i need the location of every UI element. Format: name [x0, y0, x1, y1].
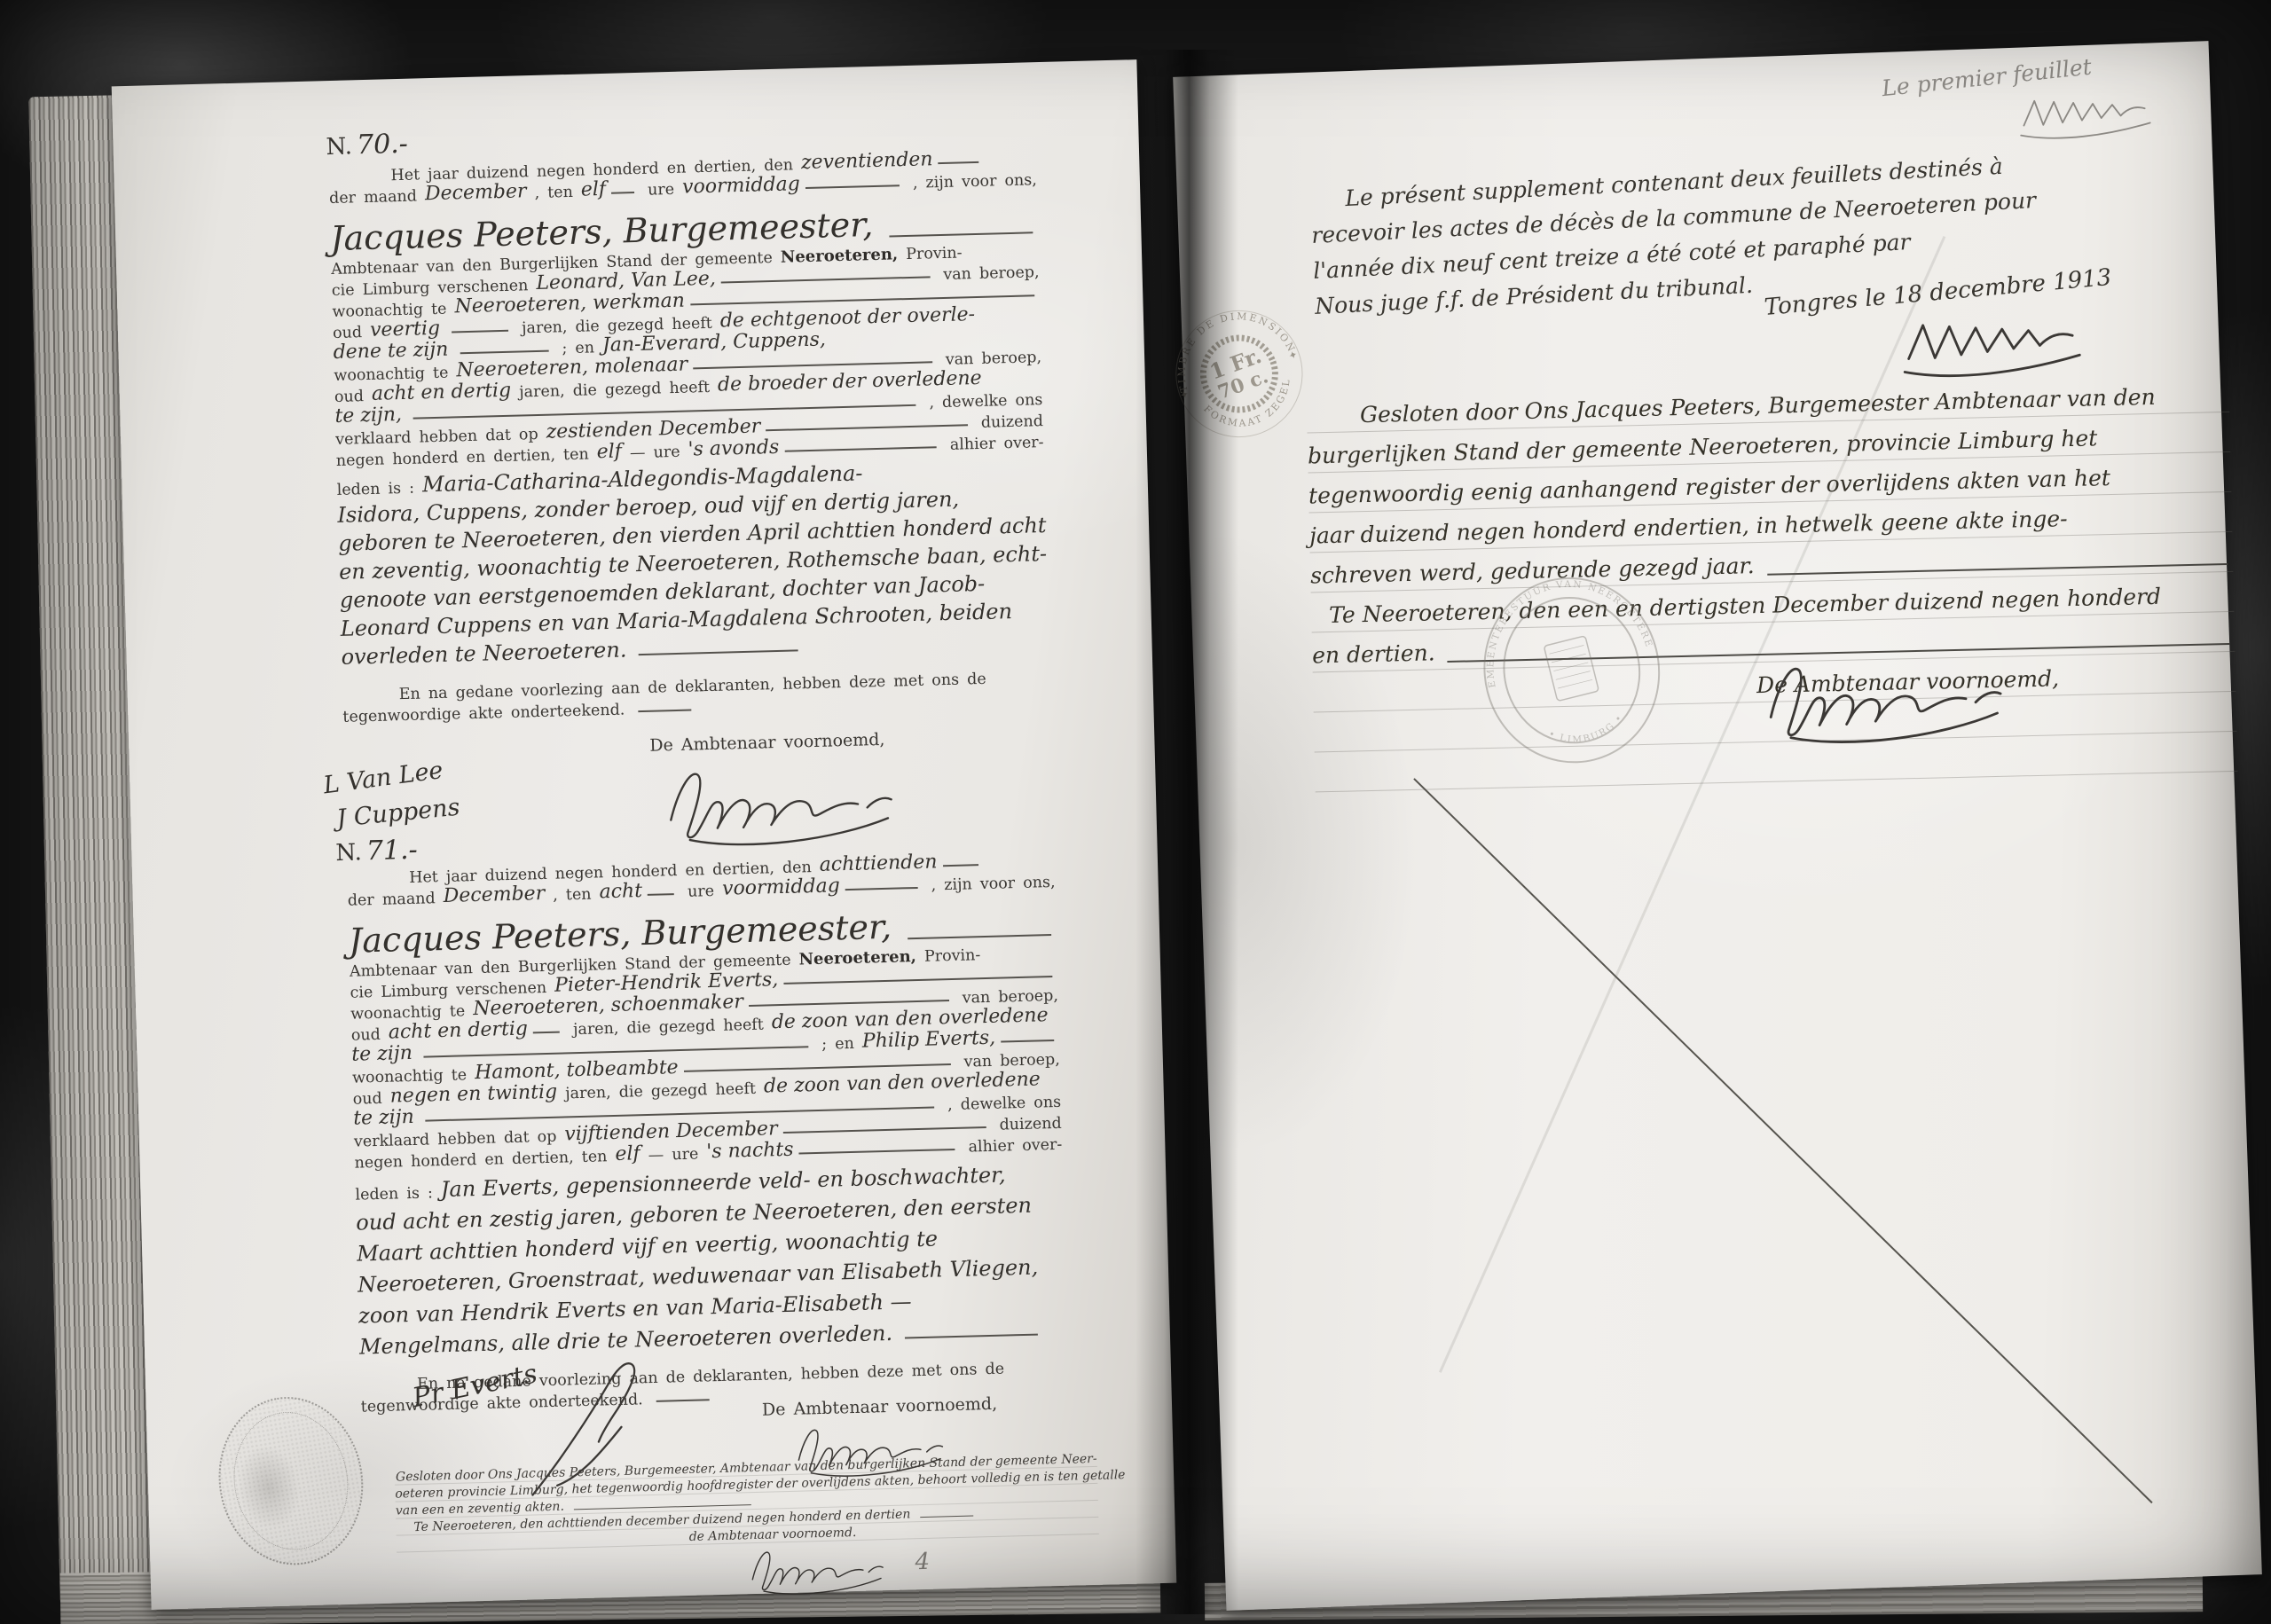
- svg-text:• LIMBURG •: • LIMBURG •: [1544, 710, 1629, 753]
- text-segment: Provin-: [916, 946, 981, 966]
- text-segment: elf: [596, 441, 622, 464]
- text-segment: December: [425, 180, 527, 205]
- pencil-folio-mark: 4: [915, 1549, 930, 1575]
- text-segment: Philip Everts,: [862, 1027, 996, 1053]
- fill-rule: [905, 1334, 1038, 1339]
- text-segment: , zijn voor ons,: [923, 874, 1055, 895]
- registry-book-photo: N. 70.- Het jaar duizend negen honderd e…: [0, 0, 2271, 1624]
- embossed-dry-stamp: [206, 1386, 375, 1576]
- text-segment: , ten: [545, 885, 600, 905]
- text-segment: tegenwoordige akte onderteekend.: [342, 701, 633, 726]
- text-segment: van beroep,: [935, 263, 1040, 284]
- fill-rule: [638, 710, 691, 713]
- closing-statement-left: Gesloten door Ons Jacques Peeters, Burge…: [395, 1450, 1099, 1553]
- text-segment: , zijn voor ons,: [905, 171, 1037, 192]
- text-segment: alhier over-: [942, 434, 1044, 454]
- signature-stroke: [867, 798, 891, 808]
- act-number-value: 71.-: [365, 835, 418, 867]
- text-segment: elf: [581, 178, 607, 201]
- text-segment: oud: [351, 1026, 389, 1045]
- signature-stroke: [670, 770, 859, 838]
- fill-rule: [639, 649, 798, 655]
- gap: [397, 1543, 689, 1552]
- fill-rule: [690, 294, 1034, 305]
- signature-van-lee: L Van Lee: [322, 757, 444, 799]
- municipal-oval-stamp: GEMEENTEBESTUUR VAN NEEROETEREN • LIMBUR…: [1471, 569, 1673, 772]
- officer-signature-closing: [709, 1534, 923, 1600]
- fill-rule: [648, 893, 674, 896]
- act-71-body: Het jaar duizend negen honderd en dertie…: [347, 850, 1069, 1417]
- text-segment: Neeroeteren,: [798, 947, 916, 969]
- fill-rule: [533, 1032, 560, 1034]
- text-segment: — ure: [640, 1145, 706, 1165]
- fill-rule: [721, 276, 930, 283]
- text-segment: negen en twintig: [389, 1081, 557, 1108]
- text-segment: elf: [615, 1142, 640, 1165]
- text-segment: veertig: [370, 318, 447, 341]
- text-segment: overleden te Neeroeteren.: [341, 637, 633, 670]
- text-segment: duizend: [973, 412, 1044, 432]
- act-number-value: 70.-: [357, 129, 409, 161]
- text-segment: 's avonds: [688, 436, 779, 461]
- signature-stroke: [868, 1566, 883, 1572]
- oval-stamp-bottom-text: • LIMBURG •: [1544, 710, 1629, 753]
- text-segment: der maand: [348, 890, 444, 910]
- text-segment: acht en dertig: [388, 1018, 528, 1044]
- fill-rule: [749, 1000, 949, 1007]
- text-segment: te zijn: [351, 1042, 419, 1066]
- text-segment: oud: [352, 1090, 390, 1109]
- text-segment: en dertien.: [1312, 639, 1442, 668]
- fill-rule: [908, 934, 1051, 939]
- fill-rule: [890, 231, 1033, 237]
- text-segment: van beroep,: [938, 349, 1042, 369]
- fill-rule: [452, 330, 508, 333]
- signature-stroke: [1907, 320, 2072, 359]
- text-segment: ure: [680, 883, 723, 901]
- text-segment: — ure: [622, 443, 688, 463]
- signature-stroke: [1976, 692, 2001, 702]
- text-segment: oud: [334, 388, 373, 406]
- text-segment: dene te zijn: [333, 338, 454, 364]
- text-segment: zeventienden: [801, 148, 933, 174]
- officer-signature-right-page: [1730, 637, 2035, 754]
- text-segment: voormiddag: [722, 875, 840, 899]
- fill-rule: [845, 887, 918, 890]
- fill-rule: [766, 424, 968, 431]
- text-segment: leden is :: [355, 1184, 441, 1204]
- text-segment: acht en dertig: [372, 380, 512, 405]
- text-segment: leden is :: [336, 479, 422, 499]
- signature-cuppens: J Cuppens: [335, 794, 461, 833]
- judge-paraph-top: [2009, 85, 2162, 145]
- gap: [1316, 787, 1324, 788]
- book-gutter-shadow: [1135, 50, 1238, 1614]
- fill-rule: [939, 161, 979, 164]
- act-70-number: N. 70.-: [326, 129, 408, 161]
- signature-stroke: [927, 1446, 943, 1452]
- signature-stroke: [2023, 97, 2145, 125]
- text-segment: acht: [599, 880, 642, 903]
- fill-rule: [943, 864, 978, 867]
- text-segment: der maand: [329, 187, 425, 208]
- text-segment: , ten: [526, 184, 581, 203]
- act-number-label: N.: [326, 133, 352, 161]
- text-segment: oud: [333, 324, 371, 342]
- text-segment: te zijn: [353, 1106, 420, 1130]
- fill-rule: [693, 361, 932, 369]
- text-segment: alhier over-: [960, 1136, 1062, 1157]
- signature-stroke: [1769, 663, 1967, 736]
- fill-rule: [920, 1515, 973, 1518]
- text-segment: voormiddag: [682, 173, 800, 198]
- text-segment: duizend: [991, 1115, 1062, 1134]
- fill-rule: [1001, 1040, 1054, 1043]
- text-segment: , dewelke ons: [921, 391, 1042, 412]
- diagonal-cancellation-line: [1414, 754, 2152, 1528]
- fill-rule: [783, 976, 1052, 985]
- act-70-body: Het jaar duizend negen honderd en dertie…: [328, 147, 1050, 727]
- fill-rule: [805, 184, 900, 189]
- gap: [1307, 427, 1360, 428]
- text-segment: ure: [640, 181, 683, 200]
- text-segment: Neeroeteren,: [781, 245, 899, 266]
- fill-rule: [460, 350, 548, 355]
- signature-stroke: [1905, 355, 2080, 377]
- text-segment: ; en: [813, 1035, 862, 1054]
- act-71-number: N. 71.-: [335, 835, 418, 867]
- signature-stroke: [752, 1549, 864, 1589]
- judge-signature: [1890, 304, 2096, 386]
- signature-stroke: [2021, 122, 2150, 139]
- text-segment: December: [443, 883, 545, 907]
- left-page: N. 70.- Het jaar duizend negen honderd e…: [112, 59, 1177, 1610]
- fill-rule: [783, 1126, 986, 1134]
- text-segment: Provin-: [898, 244, 963, 263]
- right-page: Le premier feuillet Le présent supplemen…: [1173, 41, 2262, 1611]
- text-segment: achttienden: [819, 851, 937, 875]
- text-segment: , dewelke ons: [939, 1094, 1061, 1115]
- text-segment: 's nachts: [706, 1139, 794, 1164]
- gap: [1315, 747, 1324, 748]
- fill-rule: [573, 1504, 750, 1510]
- act-number-label: N.: [335, 839, 362, 867]
- fill-rule: [784, 446, 937, 451]
- gap: [1311, 627, 1329, 628]
- officer-signature-act70: [653, 745, 904, 853]
- text-segment: te zijn,: [334, 404, 408, 428]
- fill-rule: [799, 1149, 955, 1155]
- fill-rule: [611, 192, 634, 194]
